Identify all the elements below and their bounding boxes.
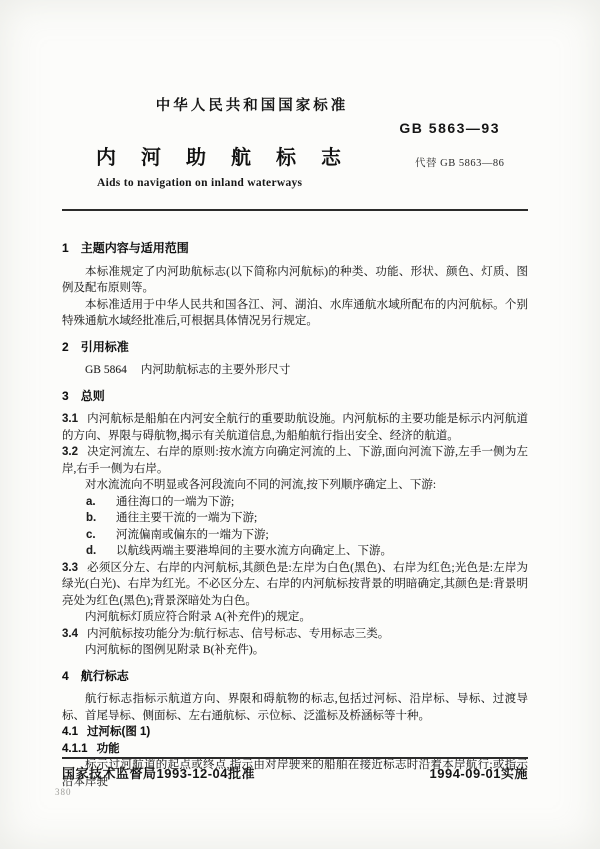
clause-number: 3.4 xyxy=(62,628,78,640)
section-number: 1 xyxy=(62,241,69,255)
list-item: c.河流偏南或偏东的一端为下游; xyxy=(62,527,528,544)
clause-3-3: 3.3必须区分左、右岸的内河航标,其颜色是:左岸为白色(黑色)、右岸为红色;光色… xyxy=(62,560,528,610)
paragraph: 本标准规定了内河助航标志(以下简称内河航标)的种类、功能、形状、颜色、灯质、图例… xyxy=(62,264,528,297)
clause-number: 4.1.1 xyxy=(62,743,88,755)
implementation-date: 1994-09-01实施 xyxy=(430,763,529,782)
paragraph: 航行标志指标示航道方向、界限和碍航物的标志,包括过河标、沿岸标、导标、过渡导标、… xyxy=(62,691,528,724)
header-divider xyxy=(62,209,528,211)
clause-4-1-1-heading: 4.1.1功能 xyxy=(62,741,528,758)
document-body: 1主题内容与适用范围 本标准规定了内河助航标志(以下简称内河航标)的种类、功能、… xyxy=(62,231,528,790)
section-2-heading: 2引用标准 xyxy=(62,339,528,356)
list-item-label: d. xyxy=(86,543,116,560)
clause-text: 内河航标按功能分为:航行标志、信号标志、专用标志三类。 xyxy=(87,628,389,640)
replaces-note: 代替 GB 5863—86 xyxy=(415,155,504,170)
section-title: 主题内容与适用范围 xyxy=(81,241,189,255)
paragraph: 内河航标的图例见附录 B(补充件)。 xyxy=(62,642,528,659)
clause-title: 功能 xyxy=(97,743,120,755)
list-item-text: 以航线两端主要港埠间的主要水流方向确定上、下游。 xyxy=(116,545,392,557)
section-title: 总则 xyxy=(81,389,105,403)
section-number: 4 xyxy=(62,669,69,683)
section-number: 3 xyxy=(62,389,69,403)
section-4-heading: 4航行标志 xyxy=(62,668,528,685)
clause-number: 4.1 xyxy=(62,726,78,738)
list-item-label: c. xyxy=(86,527,116,544)
list-item: b.通往主要干流的一端为下游; xyxy=(62,510,528,527)
clause-number: 3.2 xyxy=(62,446,78,458)
list-item: a.通往海口的一端为下游; xyxy=(62,494,528,511)
section-1-heading: 1主题内容与适用范围 xyxy=(62,240,528,257)
referenced-standard: GB 5864内河助航标志的主要外形尺寸 xyxy=(62,362,528,379)
clause-text: 决定河流左、右岸的原则:按水流方向确定河流的上、下游,面向河流下游,左手一侧为左… xyxy=(62,446,528,475)
clause-3-4: 3.4内河航标按功能分为:航行标志、信号标志、专用标志三类。 xyxy=(62,626,528,643)
clause-3-2: 3.2决定河流左、右岸的原则:按水流方向确定河流的上、下游,面向河流下游,左手一… xyxy=(62,444,528,477)
paragraph: 本标准适用于中华人民共和国各江、河、湖泊、水库通航水域所配布的内河航标。个别特殊… xyxy=(62,297,528,330)
clause-4-1-heading: 4.1过河标(图 1) xyxy=(62,724,528,741)
clause-number: 3.1 xyxy=(62,413,78,425)
clause-3-1: 3.1内河航标是船舶在内河安全航行的重要助航设施。内河航标的主要功能是标示内河航… xyxy=(62,411,528,444)
national-standard-label: 中华人民共和国国家标准 xyxy=(62,94,442,115)
document-title-cn: 内河助航标志 xyxy=(96,141,366,170)
list-item: d.以航线两端主要港埠间的主要水流方向确定上、下游。 xyxy=(62,543,528,560)
list-item-label: b. xyxy=(86,510,116,527)
document-title-en: Aids to navigation on inland waterways xyxy=(97,177,302,189)
section-title: 航行标志 xyxy=(81,669,129,683)
section-3-heading: 3总则 xyxy=(62,388,528,405)
page-number: 380 xyxy=(55,787,72,797)
referenced-standard-title: 内河助航标志的主要外形尺寸 xyxy=(141,364,291,376)
paragraph: 对水流流向不明显或各河段流向不同的河流,按下列顺序确定上、下游: xyxy=(62,477,528,494)
scanned-standard-page: 中华人民共和国国家标准 GB 5863—93 内河助航标志 代替 GB 5863… xyxy=(0,0,600,849)
clause-text: 必须区分左、右岸的内河航标,其颜色是:左岸为白色(黑色)、右岸为红色;光色是:左… xyxy=(62,562,528,607)
approval-note: 国家技术监督局1993-12-04批准 xyxy=(62,763,255,782)
section-number: 2 xyxy=(62,340,69,354)
referenced-standard-code: GB 5864 xyxy=(85,364,127,376)
list-item-text: 通往主要干流的一端为下游; xyxy=(116,512,257,524)
section-title: 引用标准 xyxy=(81,340,129,354)
list-item-text: 河流偏南或偏东的一端为下游; xyxy=(116,529,269,541)
standard-code: GB 5863—93 xyxy=(399,120,500,136)
paragraph: 内河航标灯质应符合附录 A(补充件)的规定。 xyxy=(62,609,528,626)
clause-title: 过河标(图 1) xyxy=(87,726,150,738)
footer-divider xyxy=(62,757,528,759)
clause-number: 3.3 xyxy=(62,562,78,574)
list-item-label: a. xyxy=(86,494,116,511)
clause-text: 内河航标是船舶在内河安全航行的重要助航设施。内河航标的主要功能是标示内河航道的方… xyxy=(62,413,528,442)
list-item-text: 通往海口的一端为下游; xyxy=(116,496,234,508)
